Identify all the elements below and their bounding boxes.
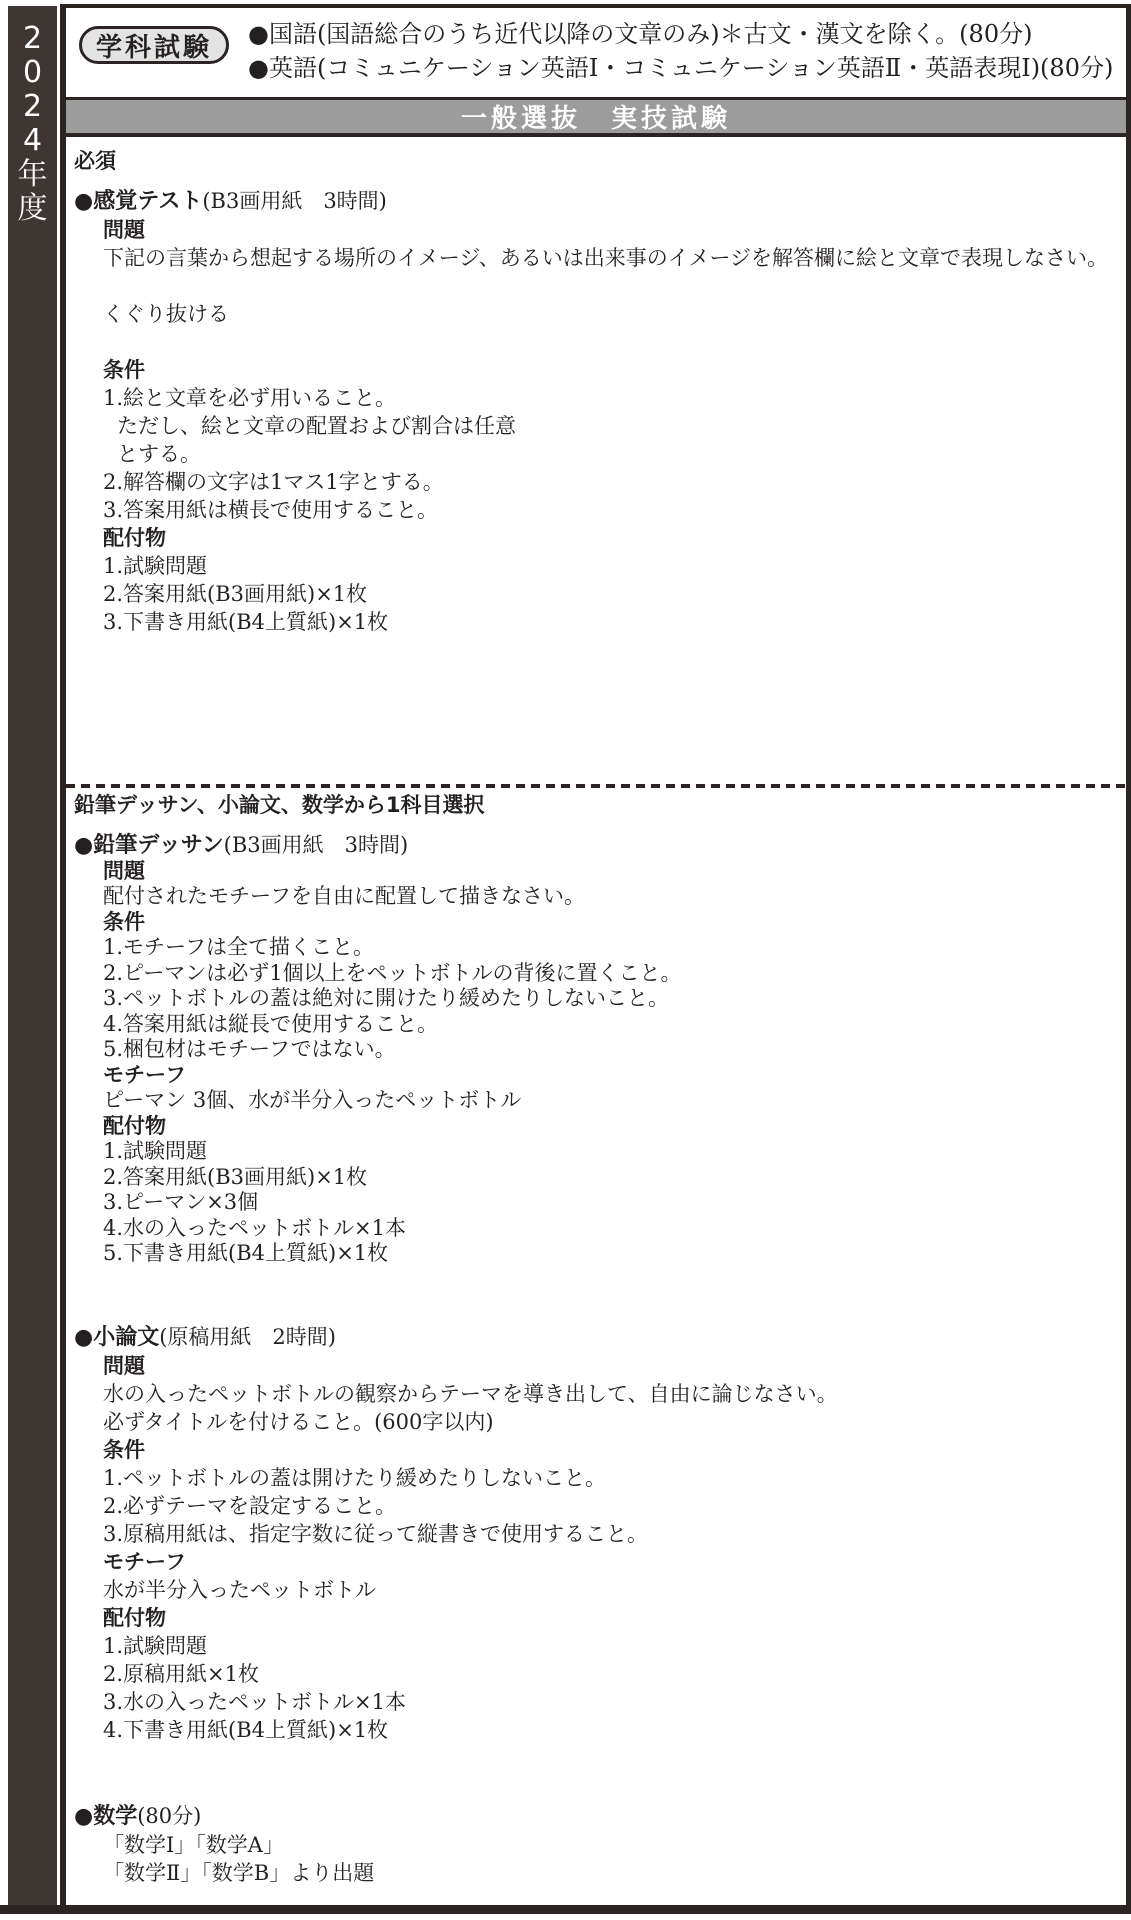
text-line: 3.答案用紙は横長で使用すること。 (103, 496, 1118, 524)
spacer (74, 636, 1118, 784)
section-title-detail: (B3画用紙 3時間) (202, 189, 387, 213)
bottom-rule (0, 1905, 1131, 1914)
text-line: 1.試験問題 (103, 1139, 1118, 1165)
text-line: 4.水の入ったペットボトル×1本 (103, 1216, 1118, 1242)
text-line: 2.答案用紙(B3画用紙)×1枚 (103, 580, 1118, 608)
section-title-detail: (原稿用紙 2時間) (159, 1325, 336, 1349)
subject-list: ●国語(国語総合のうち近代以降の文章のみ)＊古文・漢文を除く。(80分) ●英語… (248, 17, 1113, 85)
text-line: 「数学Ⅱ」「数学B」より出題 (103, 1859, 1118, 1887)
text-line: 3.水の入ったペットボトル×1本 (103, 1688, 1118, 1716)
text-line: 2.原稿用紙×1枚 (103, 1660, 1118, 1688)
subject-japanese: ●国語(国語総合のうち近代以降の文章のみ)＊古文・漢文を除く。(80分) (248, 17, 1113, 51)
text-line: 1.モチーフは全て描くこと。 (103, 935, 1118, 961)
year-sidebar: 2024年度 (8, 6, 57, 1905)
year-char: 0 (18, 56, 48, 90)
text-line: ピーマン 3個、水が半分入ったペットボトル (103, 1088, 1118, 1114)
text-line: 1.試験問題 (103, 552, 1118, 580)
subheading: 配付物 (103, 1114, 1118, 1140)
elective-note: 鉛筆デッサン、小論文、数学から1科目選択 (74, 791, 1118, 819)
section-title-name: ●感覚テスト (74, 189, 202, 214)
section-title-name: ●小論文 (74, 1325, 159, 1350)
subheading: 問題 (103, 216, 1118, 244)
section-title-detail: (B3画用紙 3時間) (224, 833, 409, 857)
blank-line (103, 328, 1118, 356)
text-line: 3.ペットボトルの蓋は絶対に開けたり緩めたりしないこと。 (103, 986, 1118, 1012)
year-label: 2024年度 (18, 6, 48, 1905)
subheading: 条件 (103, 356, 1118, 384)
text-line: 3.ピーマン×3個 (103, 1190, 1118, 1216)
text-line: ただし、絵と文章の配置および割合は任意 (103, 412, 1118, 440)
section-title-name: ●数学 (74, 1804, 137, 1829)
dashed-divider (66, 784, 1126, 788)
section-title-name: ●鉛筆デッサン (74, 833, 224, 858)
section-essay: ●小論文(原稿用紙 2時間)問題水の入ったペットボトルの観察からテーマを導き出し… (74, 1323, 1118, 1744)
text-line: 5.下書き用紙(B4上質紙)×1枚 (103, 1241, 1118, 1267)
text-line: 1.試験問題 (103, 1632, 1118, 1660)
text-line: 2.ピーマンは必ず1個以上をペットボトルの背後に置くこと。 (103, 961, 1118, 987)
text-line: 「数学Ⅰ」「数学A」 (103, 1831, 1118, 1859)
section-title: ●感覚テスト(B3画用紙 3時間) (74, 187, 1118, 216)
text-line: とする。 (103, 440, 1118, 468)
subject-exam-row: 学科試験 ●国語(国語総合のうち近代以降の文章のみ)＊古文・漢文を除く。(80分… (66, 8, 1126, 100)
subject-english: ●英語(コミュニケーション英語Ⅰ・コミュニケーション英語Ⅱ・英語表現Ⅰ)(80分… (248, 51, 1113, 85)
text-line: 1.絵と文章を必ず用いること。 (103, 384, 1118, 412)
text-line: 1.ペットボトルの蓋は開けたり緩めたりしないこと。 (103, 1464, 1118, 1492)
text-line: 水が半分入ったペットボトル (103, 1576, 1118, 1604)
section-body: 「数学Ⅰ」「数学A」「数学Ⅱ」「数学B」より出題 (103, 1831, 1118, 1887)
section-sense-test: ●感覚テスト(B3画用紙 3時間)問題下記の言葉から想起する場所のイメージ、ある… (74, 187, 1118, 636)
section-title: ●鉛筆デッサン(B3画用紙 3時間) (74, 833, 1118, 859)
year-char: 年 (18, 158, 48, 192)
text-line: 5.梱包材はモチーフではない。 (103, 1037, 1118, 1063)
section-math: ●数学(80分)「数学Ⅰ」「数学A」「数学Ⅱ」「数学B」より出題 (74, 1802, 1118, 1887)
subheading: 配付物 (103, 1604, 1118, 1632)
section-title-detail: (80分) (137, 1804, 201, 1828)
text-line: くぐり抜ける (103, 300, 1118, 328)
text-line: 必ずタイトルを付けること。(600字以内) (103, 1408, 1118, 1436)
year-char: 度 (18, 192, 48, 226)
text-line: 配付されたモチーフを自由に配置して描きなさい。 (103, 884, 1118, 910)
year-char: 2 (18, 22, 48, 56)
subject-exam-badge: 学科試験 (79, 26, 229, 64)
year-char: 2 (18, 90, 48, 124)
blank-line (103, 272, 1118, 300)
section-title: ●数学(80分) (74, 1802, 1118, 1831)
text-line: 3.原稿用紙は、指定字数に従って縦書きで使用すること。 (103, 1520, 1118, 1548)
text-line: 4.下書き用紙(B4上質紙)×1枚 (103, 1716, 1118, 1744)
subheading: 問題 (103, 859, 1118, 885)
section-title: ●小論文(原稿用紙 2時間) (74, 1323, 1118, 1352)
text-line: 3.下書き用紙(B4上質紙)×1枚 (103, 608, 1118, 636)
subheading: 条件 (103, 910, 1118, 936)
section-body: 問題下記の言葉から想起する場所のイメージ、あるいは出来事のイメージを解答欄に絵と… (103, 216, 1118, 636)
text-line: 2.必ずテーマを設定すること。 (103, 1492, 1118, 1520)
section-banner: 一般選抜 実技試験 (66, 100, 1126, 137)
subheading: 条件 (103, 1436, 1118, 1464)
text-line: 4.答案用紙は縦長で使用すること。 (103, 1012, 1118, 1038)
section-pencil-dessin: ●鉛筆デッサン(B3画用紙 3時間)問題配付されたモチーフを自由に配置して描きな… (74, 833, 1118, 1267)
text-line: 2.解答欄の文字は1マス1字とする。 (103, 468, 1118, 496)
text-line: 水の入ったペットボトルの観察からテーマを導き出して、自由に論じなさい。 (103, 1380, 1118, 1408)
subheading: モチーフ (103, 1548, 1118, 1576)
text-line: 下記の言葉から想起する場所のイメージ、あるいは出来事のイメージを解答欄に絵と文章… (103, 244, 1118, 272)
subheading: モチーフ (103, 1063, 1118, 1089)
subheading: 配付物 (103, 524, 1118, 552)
document-frame: 学科試験 ●国語(国語総合のうち近代以降の文章のみ)＊古文・漢文を除く。(80分… (60, 4, 1131, 1905)
section-body: 問題配付されたモチーフを自由に配置して描きなさい。条件1.モチーフは全て描くこと… (103, 859, 1118, 1267)
required-label: 必須 (74, 147, 1118, 175)
subheading: 問題 (103, 1352, 1118, 1380)
content-area: 必須 ●感覚テスト(B3画用紙 3時間)問題下記の言葉から想起する場所のイメージ… (66, 137, 1126, 1887)
year-char: 4 (18, 124, 48, 158)
text-line: 2.答案用紙(B3画用紙)×1枚 (103, 1165, 1118, 1191)
section-body: 問題水の入ったペットボトルの観察からテーマを導き出して、自由に論じなさい。必ずタ… (103, 1352, 1118, 1744)
